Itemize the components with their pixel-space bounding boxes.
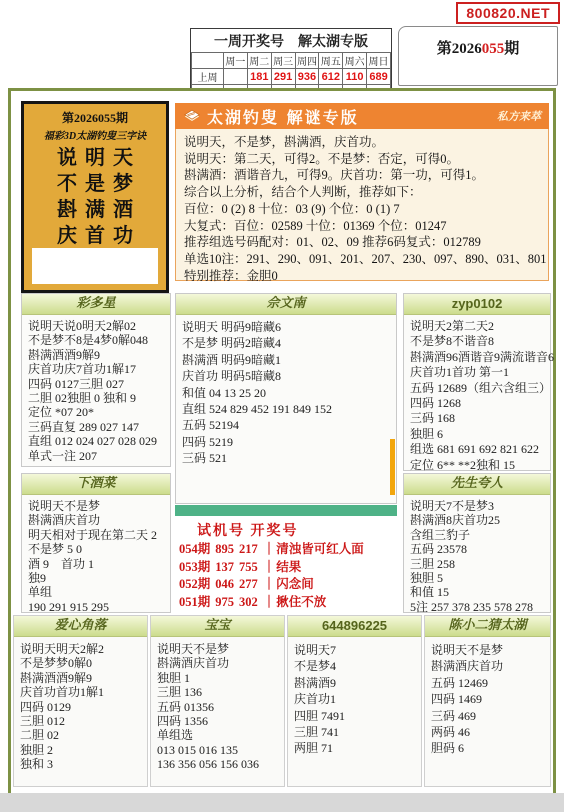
panel-line: 说明天2第二天2 [410, 319, 544, 334]
golden-box-subtitle: 福彩3D太湖钓叟三字诀 [24, 127, 166, 142]
bottom-gray-strip [0, 793, 564, 812]
panel-title: 陈小二猜太湖 [425, 616, 550, 637]
panel-line: 5注 257 378 235 578 278 [410, 600, 544, 614]
panel-line: 不是梦梦0解0 [20, 656, 141, 670]
analysis-line: 斟满酒：酒谐音九，可得9。庆首功：第一功，可得1。 [184, 167, 540, 184]
panel-line: 独9 [28, 571, 164, 585]
panel-line: 五码 52194 [182, 417, 390, 433]
panel-baobao: 宝宝 说明天不是梦 斟满酒庆首功 独胆 1 三胆 136 五码 01356 四码… [150, 615, 285, 787]
panel-line: 二胆 02独胆 0 独和 9 [28, 391, 164, 405]
panel-line: 三胆 741 [294, 724, 415, 740]
panel-line: 单式一注 207 [28, 449, 164, 463]
verse: 说明天 不是梦 斟满酒 庆首功 [24, 144, 166, 248]
row-label: 上周 [192, 69, 224, 85]
panel-title: 下酒菜 [22, 474, 170, 495]
test-open-numbers-box: 试机号 开奖号 054期895217｜清浊皆可红人面 053期137755｜结果… [175, 505, 397, 613]
panel-line: 136 356 056 156 036 [157, 757, 278, 771]
analysis-text: 说明天，不是梦，斟满酒，庆首功。 说明天：第二天，可得2。不是梦：否定，可得0。… [175, 129, 549, 281]
panel-line: 两码 46 [431, 724, 544, 740]
panel-line: 013 015 016 135 [157, 743, 278, 757]
panel-body: 说明天说0明天2解02 不是梦不8是4梦0解048 斟满酒酒9解9 庆首功庆7首… [22, 315, 170, 467]
panel-line: 明天相对于现在第二天 2 [28, 528, 164, 542]
day-header: 周三 [271, 53, 295, 69]
panel-line: 独胆 6 [410, 427, 544, 442]
panel-line: 斟满酒8庆首功25 [410, 513, 544, 527]
panel-line: 说明天不是梦 [28, 499, 164, 513]
panel-line: 三胆 258 [410, 557, 544, 571]
panel-line: 庆首功 明码5暗藏8 [182, 368, 390, 384]
panel-zyp0102: zyp0102 说明天2第二天2 不是梦8不谐音8 斟满酒96酒谐音9满流谐音6… [403, 293, 551, 471]
panel-line: 说明天说0明天2解02 [28, 319, 164, 333]
panel-line: 四码 1268 [410, 396, 544, 411]
panel-line: 直组 524 829 452 191 849 152 [182, 401, 390, 417]
panel-644896225: 644896225 说明天7 不是梦4 斟满酒9 庆首功1 四胆 7491 三胆… [287, 615, 422, 787]
panel-line: 190 291 915 295 [28, 600, 164, 614]
analysis-line: 说明天：第二天，可得2。不是梦：否定，可得0。 [184, 151, 540, 168]
panel-body: 说明天明天2解2 不是梦梦0解0 斟满酒酒9解9 庆首功首功1解1 四码 012… [14, 637, 147, 777]
panel-title: 彩多星 [22, 294, 170, 315]
corner-cell [192, 53, 224, 69]
analysis-block: 太湖钓叟 解谜专版 私方来萃 说明天，不是梦，斟满酒，庆首功。 说明天：第二天，… [175, 103, 549, 281]
panel-line: 不是梦 5 0 [28, 542, 164, 556]
panel-line: 五码 01356 [157, 700, 278, 714]
panel-line: 五码 23578 [410, 542, 544, 556]
panel-body: 说明天不是梦 斟满酒庆首功 独胆 1 三胆 136 五码 01356 四码 13… [151, 637, 284, 777]
panel-title: 先生夸人 [404, 474, 550, 495]
panel-line: 定位 6** **2独和 15 [410, 458, 544, 473]
verse-line: 说明天 [24, 144, 166, 170]
site-link[interactable]: 800820.NET [456, 2, 560, 24]
draw-number: 110 [343, 69, 367, 85]
panel-line: 直组 012 024 027 028 029 [28, 434, 164, 448]
analysis-line: 综合以上分析，结合个人判断，推荐如下： [184, 184, 540, 201]
draw-number: 181 [247, 69, 271, 85]
draw-number: 689 [367, 69, 391, 85]
draw-number: 291 [271, 69, 295, 85]
panel-body: 说明天 明码9暗藏6 不是梦 明码2暗藏4 斟满酒 明码9暗藏1 庆首功 明码5… [176, 315, 396, 471]
panel-title: 644896225 [288, 616, 421, 637]
test-number-row: 053期137755｜结果 [175, 559, 397, 577]
test-number-row: 052期046277｜闪念间 [175, 576, 397, 594]
panel-line: 说明天 明码9暗藏6 [182, 319, 390, 335]
verse-line: 庆首功 [24, 222, 166, 248]
panel-line: 四码 0127三胆 027 [28, 377, 164, 391]
panel-line: 三码 469 [431, 708, 544, 724]
panel-aixin: 爱心角落 说明天明天2解2 不是梦梦0解0 斟满酒酒9解9 庆首功首功1解1 四… [13, 615, 148, 787]
panel-line: 三码直复 289 027 147 [28, 420, 164, 434]
panel-line: 含组三豹子 [410, 528, 544, 542]
panel-line: 说明天7 [294, 642, 415, 658]
panel-line: 两胆 71 [294, 740, 415, 756]
main-board: 第2026055期 福彩3D太湖钓叟三字诀 说明天 不是梦 斟满酒 庆首功 太湖… [8, 88, 556, 812]
panel-line: 五码 12469 [431, 675, 544, 691]
panel-xiansheng: 先生夸人 说明天7不是梦3 斟满酒8庆首功25 含组三豹子 五码 23578 三… [403, 473, 551, 613]
panel-caiduoxing: 彩多星 说明天说0明天2解02 不是梦不8是4梦0解048 斟满酒酒9解9 庆首… [21, 293, 171, 467]
panel-title: 佘文南 [176, 294, 396, 315]
draw-number: 936 [295, 69, 319, 85]
test-open-header: 试机号 开奖号 [175, 516, 397, 541]
panel-line: 不是梦4 [294, 658, 415, 674]
blank-strip [32, 248, 158, 284]
panel-line: 斟满酒9 [294, 675, 415, 691]
teal-divider-bar [175, 505, 397, 516]
panel-line: 庆首功庆7首功1解17 [28, 362, 164, 376]
taihu-header-bar: 太湖钓叟 解谜专版 私方来萃 [175, 103, 549, 129]
test-number-row: 051期975302｜揪住不放 [175, 594, 397, 612]
test-number-row: 054期895217｜清浊皆可红人面 [175, 541, 397, 559]
analysis-line: 说明天，不是梦，斟满酒，庆首功。 [184, 134, 540, 151]
day-header: 周一 [224, 53, 248, 69]
panel-line: 和值 15 [410, 585, 544, 599]
panel-line: 四码 1356 [157, 714, 278, 728]
analysis-line: 百位：0 (2) 8 十位：03 (9) 个位：0 (1) 7 [184, 201, 540, 218]
draw-number [224, 69, 248, 85]
taihu-header-title: 太湖钓叟 解谜专版 [207, 105, 359, 128]
panel-line: 说明天不是梦 [431, 642, 544, 658]
panel-line: 五码 12689（组六含组三） [410, 381, 544, 396]
issue-number: 055 [482, 41, 505, 57]
panel-line: 不是梦8不谐音8 [410, 334, 544, 349]
panel-line: 三胆 012 [20, 714, 141, 728]
taihu-header-right-label: 私方来萃 [497, 108, 541, 124]
panel-line: 庆首功1 [294, 691, 415, 707]
panel-shewennan: 佘文南 说明天 明码9暗藏6 不是梦 明码2暗藏4 斟满酒 明码9暗藏1 庆首功… [175, 293, 397, 504]
day-header: 周二 [247, 53, 271, 69]
panel-line: 胆码 6 [431, 740, 544, 756]
panel-line: 四码 1469 [431, 691, 544, 707]
panel-line: 斟满酒庆首功 [431, 658, 544, 674]
week-day-header-row: 周一 周二 周三 周四 周五 周六 周日 [192, 53, 391, 69]
panel-line: 斟满酒酒9解9 [28, 348, 164, 362]
panel-title: 宝宝 [151, 616, 284, 637]
panel-line: 独胆 1 [157, 671, 278, 685]
panel-line: 酒 9 首功 1 [28, 557, 164, 571]
panel-line: 说明天7不是梦3 [410, 499, 544, 513]
panel-body: 说明天不是梦 斟满酒庆首功 明天相对于现在第二天 2 不是梦 5 0 酒 9 首… [22, 495, 170, 618]
panel-body: 说明天2第二天2 不是梦8不谐音8 斟满酒96酒谐音9满流谐音6 庆首功1首功 … [404, 315, 550, 477]
panel-chenxiaoer: 陈小二猜太湖 说明天不是梦 斟满酒庆首功 五码 12469 四码 1469 三码… [424, 615, 551, 787]
page: 800820.NET 一周开奖号 解太湖专版 周一 周二 周三 周四 周五 周六… [0, 0, 564, 812]
issue-label: 第2026055期 [437, 37, 520, 58]
draw-number: 612 [319, 69, 343, 85]
paper-stack-icon [183, 109, 201, 123]
panel-line: 独胆 2 [20, 743, 141, 757]
panel-line: 说明天明天2解2 [20, 642, 141, 656]
panel-line: 斟满酒庆首功 [157, 656, 278, 670]
panel-title: 爱心角落 [14, 616, 147, 637]
panel-body: 说明天7 不是梦4 斟满酒9 庆首功1 四胆 7491 三胆 741 两胆 71 [288, 637, 421, 762]
panel-line: 三码 521 [182, 450, 390, 466]
panel-body: 说明天7不是梦3 斟满酒8庆首功25 含组三豹子 五码 23578 三胆 258… [404, 495, 550, 618]
panel-line: 单组 [28, 585, 164, 599]
day-header: 周日 [367, 53, 391, 69]
day-header: 周六 [343, 53, 367, 69]
panel-line: 不是梦 明码2暗藏4 [182, 335, 390, 351]
panel-line: 庆首功1首功 第一1 [410, 365, 544, 380]
panel-line: 定位 *07 20* [28, 405, 164, 419]
analysis-line: 推荐组选号码配对：01、02、09 推荐6码复式：012789 [184, 234, 540, 251]
verse-line: 不是梦 [24, 170, 166, 196]
analysis-line: 大复式：百位：02589 十位：01369 个位：01247 [184, 218, 540, 235]
panel-title: zyp0102 [404, 294, 550, 315]
panel-line: 不是梦不8是4梦0解048 [28, 333, 164, 347]
orange-scroll-marker [390, 439, 395, 495]
issue-box: 第2026055期 [398, 26, 558, 86]
panel-body: 说明天不是梦 斟满酒庆首功 五码 12469 四码 1469 三码 469 两码… [425, 637, 550, 762]
last-week-row: 上周 181 291 936 612 110 689 [192, 69, 391, 85]
panel-line: 斟满酒96酒谐音9满流谐音6 [410, 350, 544, 365]
panel-xiajiucai: 下酒菜 说明天不是梦 斟满酒庆首功 明天相对于现在第二天 2 不是梦 5 0 酒… [21, 473, 171, 613]
day-header: 周五 [319, 53, 343, 69]
panel-line: 独和 3 [20, 757, 141, 771]
analysis-line: 特别推荐：金胆0 [184, 268, 540, 285]
golden-box-issue: 第2026055期 [24, 109, 166, 126]
panel-line: 三胆 136 [157, 685, 278, 699]
panel-line: 斟满酒 明码9暗藏1 [182, 352, 390, 368]
panel-line: 庆首功首功1解1 [20, 685, 141, 699]
panel-line: 四码 5219 [182, 434, 390, 450]
panel-line: 四码 0129 [20, 700, 141, 714]
panel-line: 斟满酒酒9解9 [20, 671, 141, 685]
panel-line: 二胆 02 [20, 728, 141, 742]
week-table-title: 一周开奖号 解太湖专版 [191, 29, 391, 52]
panel-line: 斟满酒庆首功 [28, 513, 164, 527]
panel-line: 独胆 5 [410, 571, 544, 585]
panel-line: 四胆 7491 [294, 708, 415, 724]
panel-line: 单组选 [157, 728, 278, 742]
panel-line: 组选 681 691 692 821 622 [410, 442, 544, 457]
panel-line: 三码 168 [410, 411, 544, 426]
day-header: 周四 [295, 53, 319, 69]
analysis-line: 单选10注：291、290、091、201、207、230、097、890、03… [184, 251, 540, 268]
golden-verse-box: 第2026055期 福彩3D太湖钓叟三字诀 说明天 不是梦 斟满酒 庆首功 [21, 101, 169, 293]
panel-line: 和值 04 13 25 20 [182, 385, 390, 401]
verse-line: 斟满酒 [24, 196, 166, 222]
panel-line: 说明天不是梦 [157, 642, 278, 656]
